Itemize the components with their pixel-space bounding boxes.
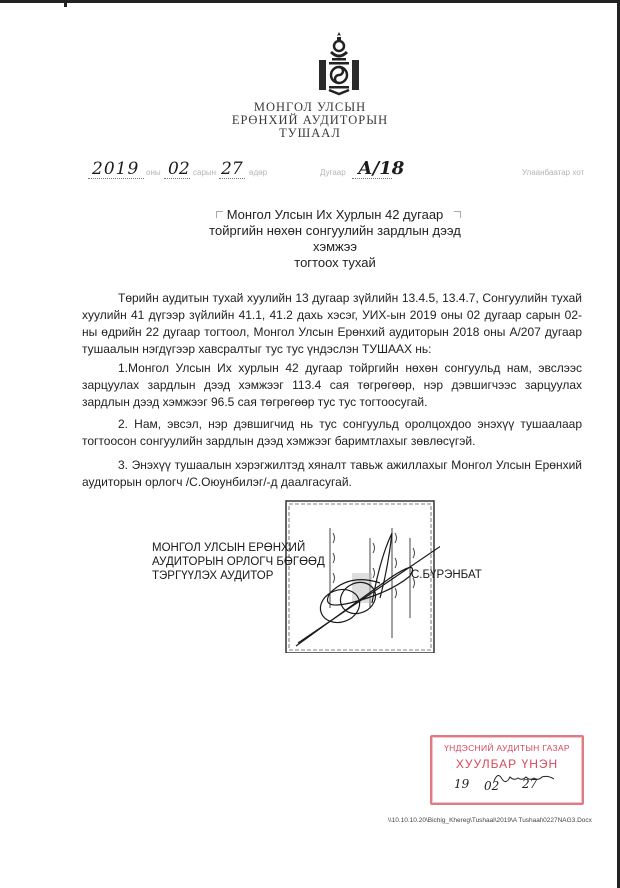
title-line2: тойргийн нөхөн сонгуулийн зардлын дээд х… — [190, 223, 480, 255]
order-number: А/18 — [358, 158, 404, 179]
stamp-text: ХУУЛБАР ҮНЭН — [432, 757, 582, 771]
header-title-line3: ТУШААЛ — [0, 126, 620, 141]
document-title: Монгол Улсын Их Хурлын 42 дугаар тойргий… — [190, 207, 480, 271]
year-label: оны — [146, 168, 161, 177]
signatory-title-line3: ТЭРГҮҮЛЭХ АУДИТОР — [152, 569, 325, 583]
signatory-name: С.БҮРЭНБАТ — [411, 569, 482, 581]
number-label: Дугаар — [320, 168, 346, 177]
certified-copy-stamp: ҮНДЭСНИЙ АУДИТЫН ГАЗАР ХУУЛБАР ҮНЭН 19 0… — [430, 735, 584, 805]
order-item-2: 2. Нам, эвсэл, нэр дэвшигчид нь тус сонг… — [82, 416, 582, 450]
day-label: өдөр — [249, 168, 267, 177]
stamp-signature-icon — [492, 771, 562, 785]
order-year: 2019 — [92, 159, 139, 179]
month-label: сарын — [193, 168, 216, 177]
state-emblem-icon — [317, 30, 361, 96]
signatory-title: МОНГОЛ УЛСЫН ЕРӨНХИЙ АУДИТОРЫН ОРЛОГЧ БӨ… — [152, 541, 325, 583]
stamp-organization: ҮНДЭСНИЙ АУДИТЫН ГАЗАР — [432, 743, 582, 753]
month-underline — [164, 178, 190, 179]
signatory-title-line2: АУДИТОРЫН ОРЛОГЧ БӨГӨӨД — [152, 555, 325, 569]
day-underline — [219, 178, 245, 179]
signatory-title-line1: МОНГОЛ УЛСЫН ЕРӨНХИЙ — [152, 541, 325, 555]
number-underline — [352, 178, 392, 179]
stamp-year: 19 — [454, 777, 469, 791]
title-line3: тогтоох тухай — [190, 255, 480, 271]
scan-frame-top — [0, 0, 620, 3]
order-item-1: 1.Монгол Улсын Их хурлын 42 дугаар тойрг… — [82, 360, 582, 411]
preamble-paragraph: Төрийн аудитын тухай хуулийн 13 дугаар з… — [82, 290, 582, 358]
file-path: \\10.10.10.20\Bichig_Khereg\Tushaal\2019… — [388, 817, 592, 824]
order-day: 27 — [221, 159, 243, 179]
order-month: 02 — [168, 159, 190, 179]
order-item-3: 3. Энэхүү тушаалын хэрэгжилтэд хяналт та… — [82, 457, 582, 491]
title-line1: Монгол Улсын Их Хурлын 42 дугаар — [190, 207, 480, 223]
place-label: Улаанбаатар хот — [522, 168, 584, 177]
year-underline — [88, 178, 144, 179]
scan-frame-tick — [64, 0, 67, 7]
